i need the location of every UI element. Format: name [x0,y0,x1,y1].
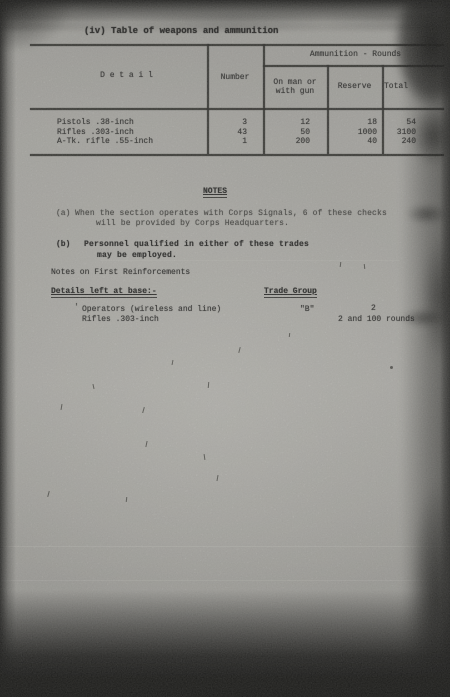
scratch-line [0,648,450,649]
column-header-number: Number [207,73,263,82]
table-row-total: 54 [382,118,416,127]
table-row-number: 43 [207,128,247,137]
table-row-total: 3100 [382,128,416,137]
tick-mark: ' [74,303,79,312]
scanned-document-page: (iv) Table of weapons and ammunition D e… [0,0,450,697]
scratch-line [0,546,450,547]
speck [390,366,393,369]
table-row-number: 1 [207,137,247,146]
base-item-quantity: 2 [371,304,376,313]
note-a-line1: When the section operates with Corps Sig… [75,209,387,218]
note-a-line2: will be provided by Corps Headquarters. [96,219,289,228]
base-item-trade-group: "B" [300,305,314,314]
table-row-detail: A-Tk. rifle .55-inch [57,137,153,146]
column-header-on-man-line2: with gun [263,87,327,96]
table-line-ammo-underline [263,65,444,67]
page-title: (iv) Table of weapons and ammunition [84,26,278,36]
scratch-line [100,260,400,261]
base-item-detail: Operators (wireless and line) [82,305,221,314]
note-a-label: (a) [56,209,70,218]
column-header-total: Total [384,82,408,91]
note-b-label: (b) [56,240,70,249]
table-line-number-ammo [263,44,265,154]
table-row-reserve: 18 [327,118,377,127]
table-row-on-man: 12 [267,118,310,127]
column-header-on-man-line1: On man or [263,78,327,87]
column-header-detail: D e t a i l [38,71,215,80]
notes-heading: NOTES [203,187,227,198]
table-row-on-man: 50 [267,128,310,137]
table-row-detail: Rifles .303-inch [57,128,134,137]
table-border-top [30,44,444,46]
note-b-line2: may be employed. [97,251,177,260]
table-row-number: 3 [207,118,247,127]
table-row-on-man: 200 [267,137,310,146]
column-header-reserve: Reserve [327,82,382,91]
table-border-bottom [30,154,444,156]
column-group-ammunition: Ammunition - Rounds [267,50,444,59]
details-left-at-base-heading: Details left at base:- [51,287,157,298]
trade-group-heading: Trade Group [264,287,317,298]
table-row-detail: Pistols .38-inch [57,118,134,127]
table-row-reserve: 40 [327,137,377,146]
base-item-detail: Rifles .303-inch [82,315,159,324]
base-item-quantity: 2 and 100 rounds [338,315,415,324]
table-row-total: 240 [382,137,416,146]
table-row-reserve: 1000 [327,128,377,137]
note-b-line1: Personnel qualified in either of these t… [84,240,309,249]
weapons-ammo-table: D e t a i l Number Ammunition - Rounds O… [30,44,444,156]
scratch-line [0,580,450,581]
reinforcements-heading: Notes on First Reinforcements [51,268,190,277]
